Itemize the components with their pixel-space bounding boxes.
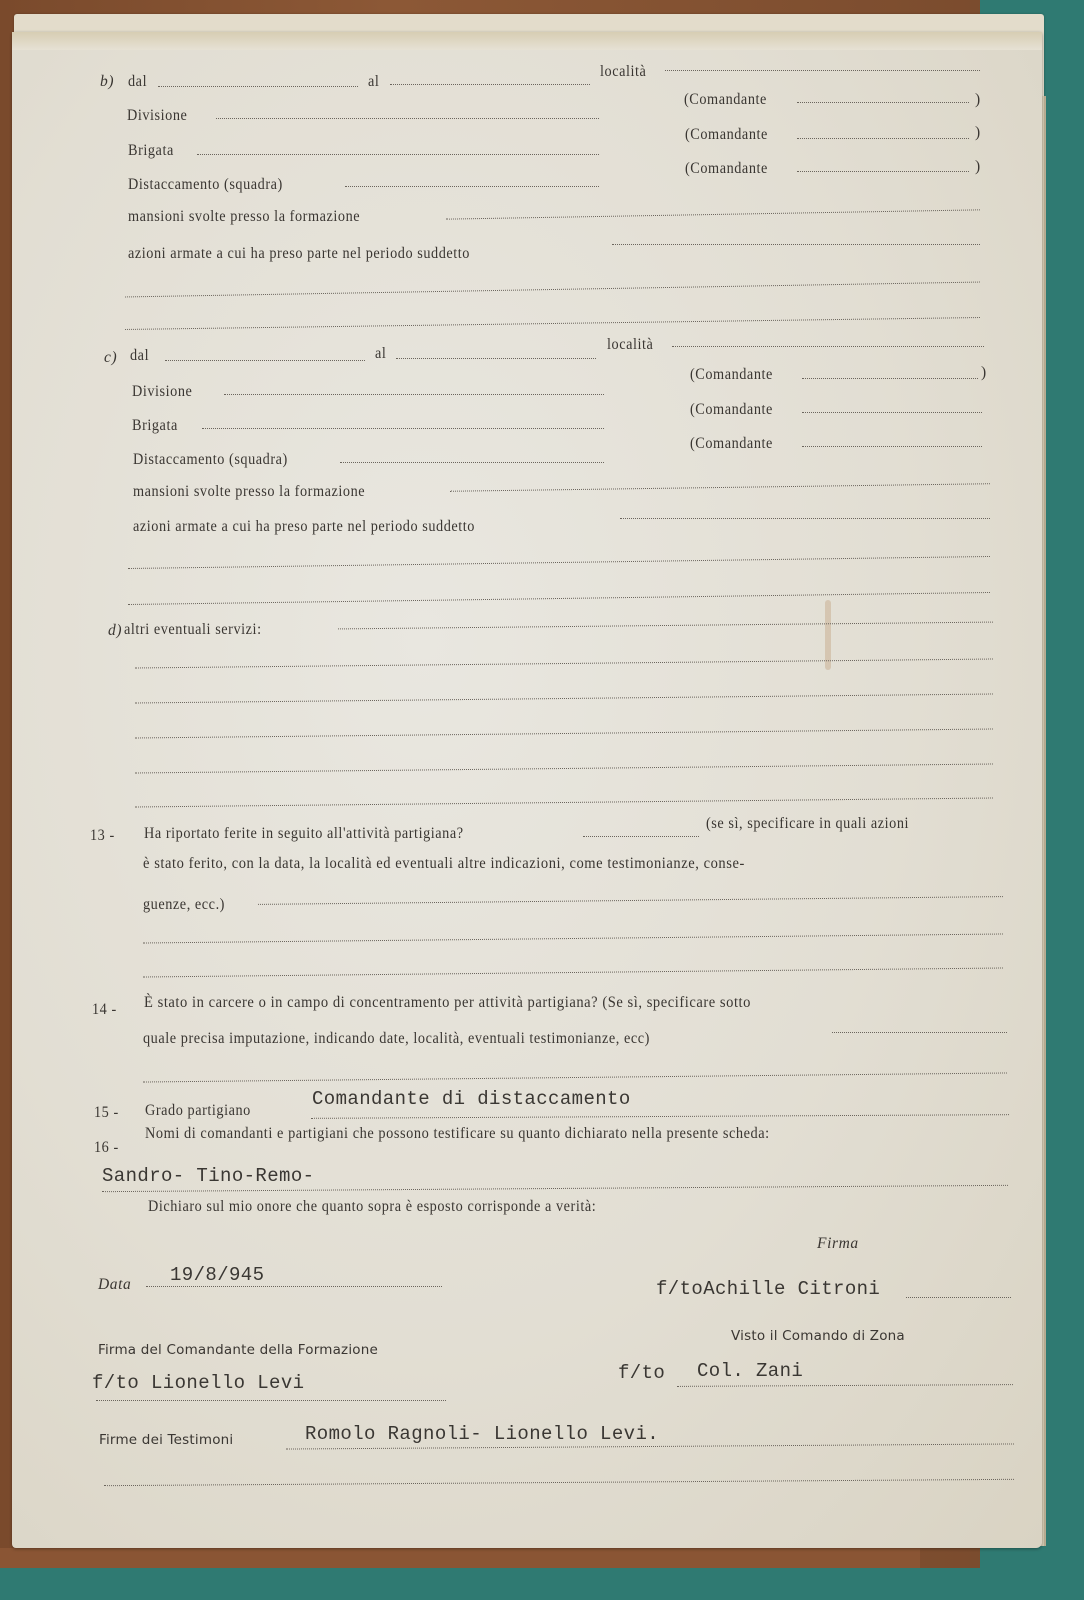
distaccamento-field[interactable] xyxy=(340,462,604,463)
question-13-line-2: è stato ferito, con la data, la località… xyxy=(143,856,745,872)
firma-field[interactable] xyxy=(906,1297,1011,1298)
firma-value: f/toAchille Citroni xyxy=(656,1280,880,1299)
dal-field[interactable] xyxy=(158,86,358,87)
question-14-answer-field[interactable] xyxy=(832,1032,1007,1033)
question-13-text: Ha riportato ferite in seguito all'attiv… xyxy=(144,826,464,842)
section-b-marker: b) xyxy=(100,74,114,90)
comandante-divisione-label: (Comandante xyxy=(690,367,773,383)
comandante-divisione-field[interactable] xyxy=(797,102,969,103)
mansioni-label: mansioni svolte presso la formazione xyxy=(128,209,360,225)
divisione-label: Divisione xyxy=(132,384,192,400)
question-16-number: 16 - xyxy=(94,1140,119,1156)
dal-label: dal xyxy=(128,74,147,90)
question-14-text: È stato in carcere o in campo di concent… xyxy=(144,995,751,1011)
closing-paren: ) xyxy=(981,365,987,381)
comandante-distaccamento-label: (Comandante xyxy=(685,161,768,177)
closing-paren: ) xyxy=(975,92,981,108)
comandante-formazione-field[interactable] xyxy=(96,1400,446,1401)
comandante-brigata-label: (Comandante xyxy=(685,127,768,143)
azioni-field[interactable] xyxy=(620,518,990,519)
section-d-marker: d) xyxy=(108,623,122,639)
paper-fold xyxy=(12,32,1042,50)
firma-label: Firma xyxy=(817,1236,859,1252)
mansioni-label: mansioni svolte presso la formazione xyxy=(133,484,365,500)
declaration-text: Dichiaro sul mio onore che quanto sopra … xyxy=(148,1199,596,1215)
comandante-formazione-value: f/to Lionello Levi xyxy=(92,1374,304,1393)
closing-paren: ) xyxy=(975,125,981,141)
divisione-label: Divisione xyxy=(127,108,187,124)
al-field[interactable] xyxy=(396,358,596,359)
comando-zona-value: Col. Zani xyxy=(697,1362,803,1381)
testimoni-value: Romolo Ragnoli- Lionello Levi. xyxy=(305,1425,659,1444)
section-c-marker: c) xyxy=(104,350,117,366)
question-13-suffix: (se sì, specificare in quali azioni xyxy=(706,816,909,832)
comandante-divisione-field[interactable] xyxy=(802,378,978,379)
altri-servizi-label: altri eventuali servizi: xyxy=(124,622,262,638)
brigata-field[interactable] xyxy=(202,428,604,429)
comandante-brigata-label: (Comandante xyxy=(690,402,773,418)
comandante-formazione-label: Firma del Comandante della Formazione xyxy=(98,1344,378,1358)
question-14-number: 14 - xyxy=(92,1002,117,1018)
dal-label: dal xyxy=(130,348,149,364)
al-label: al xyxy=(368,74,379,90)
data-label: Data xyxy=(98,1277,131,1293)
grado-partigiano-value: Comandante di distaccamento xyxy=(312,1090,631,1109)
dal-field[interactable] xyxy=(165,360,365,361)
azioni-label: azioni armate a cui ha preso parte nel p… xyxy=(128,246,470,262)
question-13-line-3: guenze, ecc.) xyxy=(143,897,225,913)
divisione-field[interactable] xyxy=(224,394,604,395)
grado-partigiano-label: Grado partigiano xyxy=(145,1103,251,1119)
comando-zona-prefix: f/to xyxy=(618,1364,665,1383)
question-14-line-2: quale precisa imputazione, indicando dat… xyxy=(143,1031,650,1047)
al-field[interactable] xyxy=(390,84,590,85)
data-value: 19/8/945 xyxy=(170,1266,264,1285)
brigata-field[interactable] xyxy=(197,154,599,155)
comandante-distaccamento-field[interactable] xyxy=(802,446,982,447)
question-13-number: 13 - xyxy=(90,828,115,844)
azioni-label: azioni armate a cui ha preso parte nel p… xyxy=(133,519,475,535)
divisione-field[interactable] xyxy=(216,118,599,119)
question-15-number: 15 - xyxy=(94,1105,119,1121)
localita-field[interactable] xyxy=(672,346,984,347)
distaccamento-field[interactable] xyxy=(345,186,599,187)
question-13-yesno-field[interactable] xyxy=(583,836,699,837)
azioni-field[interactable] xyxy=(612,244,980,245)
data-field[interactable] xyxy=(146,1286,442,1287)
comandante-brigata-field[interactable] xyxy=(802,412,982,413)
comandante-distaccamento-label: (Comandante xyxy=(690,436,773,452)
distaccamento-label: Distaccamento (squadra) xyxy=(133,452,288,468)
testimoni-label: Firme dei Testimoni xyxy=(99,1434,233,1448)
localita-field[interactable] xyxy=(665,70,980,71)
closing-paren: ) xyxy=(975,159,981,175)
comandante-distaccamento-field[interactable] xyxy=(797,171,969,172)
comando-zona-label: Visto il Comando di Zona xyxy=(731,1330,905,1344)
localita-label: località xyxy=(607,337,653,353)
comandante-divisione-label: (Comandante xyxy=(684,92,767,108)
brigata-label: Brigata xyxy=(132,418,178,434)
question-16-text: Nomi di comandanti e partigiani che poss… xyxy=(145,1126,770,1142)
comandante-brigata-field[interactable] xyxy=(797,138,969,139)
al-label: al xyxy=(375,346,386,362)
wooden-surface-edge xyxy=(0,1548,920,1568)
testimoni-names-value: Sandro- Tino-Remo- xyxy=(102,1167,314,1186)
localita-label: località xyxy=(600,64,646,80)
distaccamento-label: Distaccamento (squadra) xyxy=(128,177,283,193)
brigata-label: Brigata xyxy=(128,143,174,159)
